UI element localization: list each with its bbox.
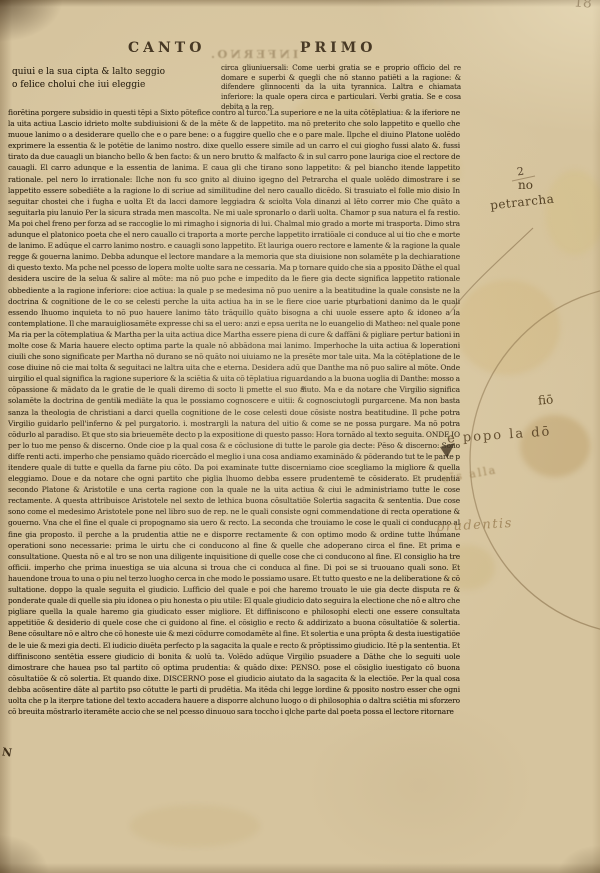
bleedthrough-inferno: INFERNO.	[208, 47, 298, 61]
margin-note-popola: e popo la dō	[447, 424, 552, 446]
stain	[545, 170, 600, 255]
commentary-text: fiorētina porgere subsidio in questi tēp…	[8, 107, 460, 717]
pen-stroke	[449, 228, 533, 314]
margin-note-2: 2	[516, 165, 525, 179]
margin-note-prudentis: prudentis	[436, 516, 514, 535]
margin-note-no: no	[518, 178, 533, 192]
stain	[520, 415, 590, 477]
verse-line: quiui e la sua cipta & lalto seggio	[12, 66, 212, 79]
verse-quote: quiui e la sua cipta & lalto seggio o fe…	[12, 66, 212, 91]
header-primo: PRIMO	[300, 40, 376, 56]
margin-note-petrarcha: petrarcha	[489, 192, 554, 213]
book-page: CANTO INFERNO. PRIMO 18 quiui e la sua c…	[0, 0, 600, 873]
margin-note-fio: fiō	[537, 392, 553, 407]
compass-circle	[470, 285, 600, 635]
stain	[455, 280, 560, 375]
header-canto: CANTO	[128, 40, 205, 56]
verse-line: o felice cholui che iui eleggie	[12, 79, 212, 92]
intro-right-column: circa gliuniuersali: Come uerbi gratia s…	[221, 63, 461, 112]
page-number: 18	[573, 0, 592, 12]
left-margin-mark: N	[1, 745, 13, 759]
stain	[130, 805, 260, 847]
